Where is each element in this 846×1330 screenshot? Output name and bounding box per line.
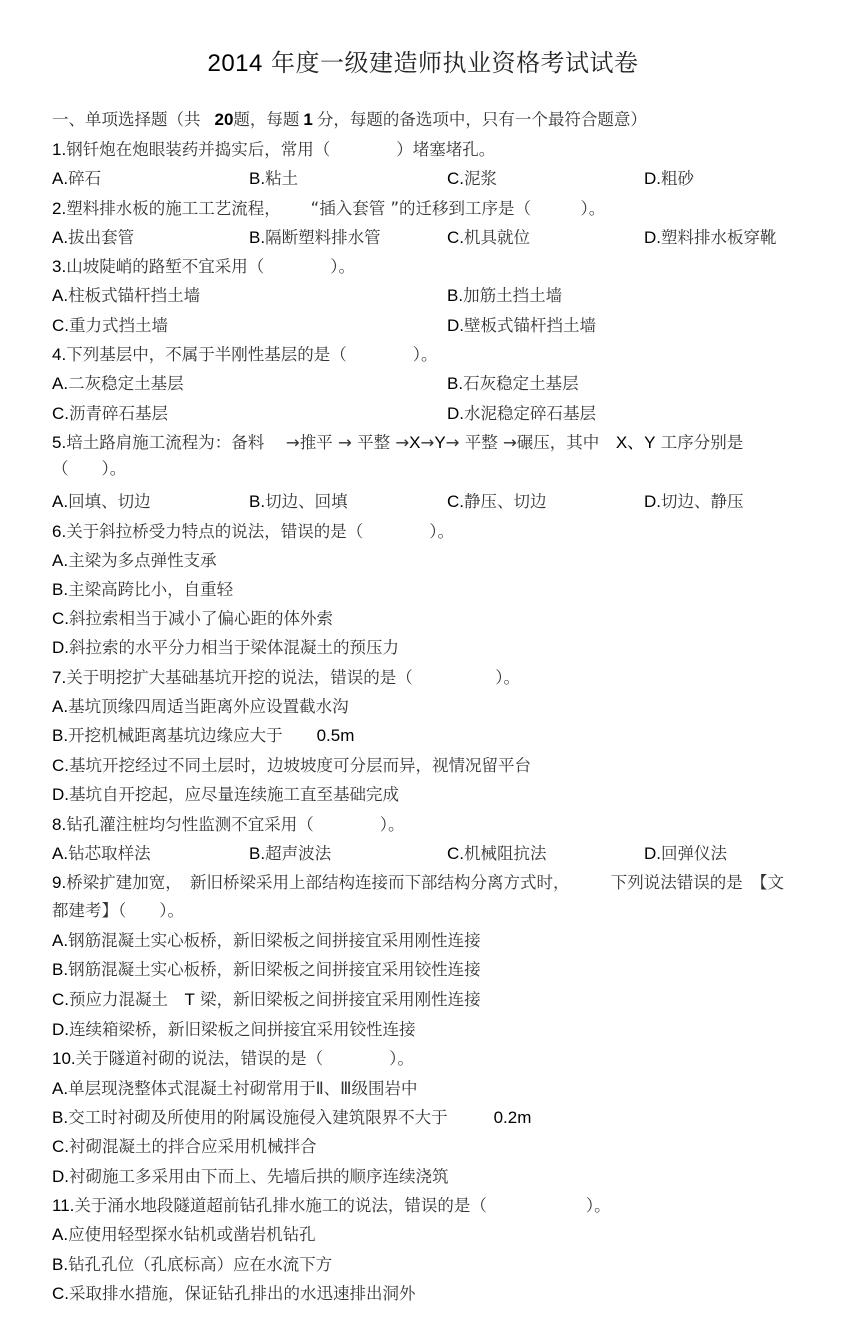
section-score: 1 (303, 110, 312, 129)
option-b[interactable]: B.超声波法 (249, 842, 331, 866)
option-text: 壁板式锚杆挡土墙 (464, 316, 596, 335)
option-b[interactable]: B.主梁高跨比小，自重轻 (52, 578, 233, 602)
option-key: B. (249, 492, 265, 511)
option-key: A. (52, 931, 68, 950)
option-text: 粘土 (265, 169, 298, 188)
question-text: 关于涌水地段隧道超前钻孔排水施工的说法，错误的是（ ）。 (74, 1196, 610, 1215)
question-text: 塑料排水板的施工工艺流程， “插入套管 ”的迁移到工序是（ ）。 (66, 199, 605, 218)
question-number: 6. (52, 522, 66, 541)
option-text: 机具就位 (464, 228, 530, 247)
option-key: D. (644, 169, 661, 188)
option-b[interactable]: B.加筋土挡土墙 (447, 284, 562, 308)
question-stem: 3.山坡陡峭的路堑不宜采用（ ）。 (52, 255, 355, 279)
option-key: D. (644, 228, 661, 247)
option-text-t: T (185, 990, 195, 1009)
option-text: 柱板式锚杆挡土墙 (68, 286, 200, 305)
option-text: 斜拉索的水平分力相当于梁体混凝土的预压力 (69, 638, 399, 657)
option-key: A. (52, 1079, 68, 1098)
question-text: 都建考】（ ）。 (52, 901, 184, 920)
section-suffix: 分，每题的备选项中，只有一个最符合题意） (317, 110, 647, 129)
option-a[interactable]: A.主梁为多点弹性支承 (52, 549, 217, 573)
option-text: 主梁高跨比小，自重轻 (68, 580, 233, 599)
option-b[interactable]: B.切边、回填 (249, 490, 348, 514)
option-text: 预应力混凝土 (69, 990, 185, 1009)
option-text: 碎石 (68, 169, 101, 188)
option-text: 加筋土挡土墙 (463, 286, 562, 305)
question-text: 培土路肩施工流程为：备料 →推平 → 平整 → (66, 433, 409, 452)
option-text: 斜拉索相当于减小了偏心距的体外索 (69, 609, 333, 628)
section-header: 一、单项选择题（共20题，每题1分，每题的备选项中，只有一个最符合题意） (52, 108, 647, 132)
option-b[interactable]: B.交工时衬砌及所使用的附属设施侵入建筑限界不大于0.2m (52, 1106, 531, 1130)
option-key: A. (52, 844, 68, 863)
option-c[interactable]: C.泥浆 (447, 167, 497, 191)
option-key: A. (52, 492, 68, 511)
question-number: 4. (52, 345, 66, 364)
option-text: 超声波法 (265, 844, 331, 863)
option-a[interactable]: A.碎石 (52, 167, 101, 191)
option-key: D. (52, 1167, 69, 1186)
option-key: B. (52, 1108, 68, 1127)
option-text: 钢筋混凝土实心板桥，新旧梁板之间拼接宜采用刚性连接 (68, 931, 481, 950)
question-stem: 11.关于涌水地段隧道超前钻孔排水施工的说法，错误的是（ ）。 (52, 1194, 611, 1218)
option-key: C. (52, 316, 69, 335)
option-d[interactable]: D.壁板式锚杆挡土墙 (447, 314, 596, 338)
page-title: 2014 年度一级建造师执业资格考试试卷 (0, 46, 846, 81)
option-key: B. (249, 844, 265, 863)
option-c[interactable]: C.机具就位 (447, 226, 530, 250)
question-text: 关于隧道衬砌的说法，错误的是（ ）。 (76, 1049, 414, 1068)
option-key: C. (52, 1137, 69, 1156)
option-text: 单层现浇整体式混凝土衬砌常用于Ⅱ、Ⅲ级围岩中 (68, 1079, 418, 1098)
question-number: 8. (52, 815, 66, 834)
option-d[interactable]: D.斜拉索的水平分力相当于梁体混凝土的预压力 (52, 636, 399, 660)
option-text: 切边、回填 (265, 492, 348, 511)
option-c[interactable]: C.沥青碎石基层 (52, 402, 168, 426)
title-text: 年度一级建造师执业资格考试试卷 (271, 49, 639, 77)
question-text: 关于斜拉桥受力特点的说法，错误的是（ ）。 (66, 522, 454, 541)
option-key: D. (52, 785, 69, 804)
option-key: A. (52, 374, 68, 393)
question-number: 5. (52, 433, 66, 452)
option-b[interactable]: B.钢筋混凝土实心板桥，新旧梁板之间拼接宜采用铰性连接 (52, 958, 481, 982)
option-text: 切边、静压 (661, 492, 744, 511)
option-c[interactable]: C.采取排水措施，保证钻孔排出的水迅速排出洞外 (52, 1282, 416, 1306)
question-stem: 10.关于隧道衬砌的说法，错误的是（ ）。 (52, 1047, 414, 1071)
option-key: A. (52, 697, 68, 716)
question-text: 工序分别是 (656, 433, 744, 452)
option-c[interactable]: C.静压、切边 (447, 490, 547, 514)
option-key: B. (447, 374, 463, 393)
option-text: 梁，新旧梁板之间拼接宜采用刚性连接 (195, 990, 481, 1009)
question-text: 下列基层中，不属于半刚性基层的是（ ）。 (66, 345, 437, 364)
option-text: 应使用轻型探水钻机或凿岩机钻孔 (68, 1225, 316, 1244)
option-c[interactable]: C.斜拉索相当于减小了偏心距的体外索 (52, 607, 333, 631)
question-stem: 1.钢钎炮在炮眼装药并捣实后，常用（ ）堵塞堵孔。 (52, 138, 495, 162)
option-text: 开挖机械距离基坑边缘应大于 (68, 726, 283, 745)
option-text: 采取排水措施，保证钻孔排出的水迅速排出洞外 (69, 1284, 416, 1303)
question-number: 1. (52, 140, 66, 159)
option-key: C. (52, 1284, 69, 1303)
question-stem: 6.关于斜拉桥受力特点的说法，错误的是（ ）。 (52, 520, 454, 544)
option-key: C. (447, 492, 464, 511)
option-key: C. (52, 404, 69, 423)
option-a[interactable]: A.钢筋混凝土实心板桥，新旧梁板之间拼接宜采用刚性连接 (52, 929, 481, 953)
option-b[interactable]: B.粘土 (249, 167, 298, 191)
option-key: D. (644, 844, 661, 863)
option-text: 基坑开挖经过不同土层时，边坡坡度可分层而异，视情况留平台 (69, 756, 531, 775)
option-b[interactable]: B.石灰稳定土基层 (447, 372, 579, 396)
option-key: A. (52, 286, 68, 305)
option-key: C. (52, 756, 69, 775)
question-text: 桥梁扩建加宽， 新旧桥梁采用上部结构连接而下部结构分离方式时， 下列说法错误的是… (66, 873, 784, 892)
option-key: D. (447, 404, 464, 423)
option-b[interactable]: B.隔断塑料排水管 (249, 226, 381, 250)
option-text: 钢筋混凝土实心板桥，新旧梁板之间拼接宜采用铰性连接 (68, 960, 481, 979)
option-key: B. (52, 1255, 68, 1274)
option-text: 拔出套管 (68, 228, 134, 247)
question-text: 钢钎炮在炮眼装药并捣实后，常用（ ）堵塞堵孔。 (66, 140, 495, 159)
option-key: B. (447, 286, 463, 305)
question-stem: 8.钻孔灌注桩均匀性监测不宜采用（ ）。 (52, 813, 404, 837)
option-key: D. (52, 638, 69, 657)
option-c[interactable]: C.机械阻抗法 (447, 842, 547, 866)
question-number: 11. (52, 1196, 74, 1215)
option-a[interactable]: A.二灰稳定土基层 (52, 372, 184, 396)
option-d[interactable]: D.粗砂 (644, 167, 694, 191)
option-c[interactable]: C.预应力混凝土 T 梁，新旧梁板之间拼接宜采用刚性连接 (52, 988, 481, 1012)
option-a[interactable]: A.钻芯取样法 (52, 842, 151, 866)
question-stem: 7.关于明挖扩大基础基坑开挖的说法，错误的是（ ）。 (52, 666, 520, 690)
option-key: D. (447, 316, 464, 335)
section-mid: 题，每题 (233, 110, 299, 129)
option-text: 钻芯取样法 (68, 844, 151, 863)
option-a[interactable]: A.拔出套管 (52, 226, 134, 250)
option-text: 重力式挡土墙 (69, 316, 168, 335)
option-text: 二灰稳定土基层 (68, 374, 184, 393)
option-key: C. (447, 844, 464, 863)
option-d[interactable]: D.塑料排水板穿靴 (644, 226, 777, 250)
option-a[interactable]: A.柱板式锚杆挡土墙 (52, 284, 200, 308)
question-stem-continued: （ ）。 (52, 457, 126, 481)
option-text: 连续箱梁桥，新旧梁板之间拼接宜采用铰性连接 (69, 1020, 416, 1039)
option-key: C. (52, 609, 69, 628)
question-text: 关于明挖扩大基础基坑开挖的说法，错误的是（ ）。 (66, 668, 520, 687)
option-text: 水泥稳定碎石基层 (464, 404, 596, 423)
question-text: 山坡陡峭的路堑不宜采用（ ）。 (66, 257, 355, 276)
option-d[interactable]: D.连续箱梁桥，新旧梁板之间拼接宜采用铰性连接 (52, 1018, 416, 1042)
option-value: 0.5m (317, 726, 355, 745)
option-key: B. (52, 960, 68, 979)
option-text: 泥浆 (464, 169, 497, 188)
option-text: 石灰稳定土基层 (463, 374, 579, 393)
option-text: 基坑自开挖起，应尽量连续施工直至基础完成 (69, 785, 399, 804)
option-text: 钻孔孔位（孔底标高）应在水流下方 (68, 1255, 332, 1274)
option-text: 交工时衬砌及所使用的附属设施侵入建筑限界不大于 (68, 1108, 448, 1127)
option-d[interactable]: D.回弹仪法 (644, 842, 727, 866)
question-text: 钻孔灌注桩均匀性监测不宜采用（ ）。 (66, 815, 404, 834)
section-prefix: 一、单项选择题（共 (52, 110, 201, 129)
arrow: → (421, 433, 435, 452)
title-year: 2014 (207, 50, 262, 77)
question-stem: 2.塑料排水板的施工工艺流程， “插入套管 ”的迁移到工序是（ ）。 (52, 197, 605, 221)
option-text: 机械阻抗法 (464, 844, 547, 863)
option-text: 静压、切边 (464, 492, 547, 511)
option-key: C. (447, 228, 464, 247)
option-a[interactable]: A.基坑顶缘四周适当距离外应设置截水沟 (52, 695, 349, 719)
question-stem: 9.桥梁扩建加宽， 新旧桥梁采用上部结构连接而下部结构分离方式时， 下列说法错误… (52, 871, 784, 895)
option-a[interactable]: A.应使用轻型探水钻机或凿岩机钻孔 (52, 1223, 316, 1247)
question-number: 7. (52, 668, 66, 687)
option-a[interactable]: A.回填、切边 (52, 490, 151, 514)
option-d[interactable]: D.基坑自开挖起，应尽量连续施工直至基础完成 (52, 783, 399, 807)
step-xy: X、Y (616, 433, 656, 452)
option-key: D. (52, 1020, 69, 1039)
option-d[interactable]: D.水泥稳定碎石基层 (447, 402, 596, 426)
question-stem: 5.培土路肩施工流程为：备料 →推平 → 平整 →X→Y→ 平整 →碾压，其中 … (52, 431, 743, 455)
option-d[interactable]: D.衬砌施工多采用由下而上、先墙后拱的顺序连续浇筑 (52, 1165, 449, 1189)
option-b[interactable]: B.钻孔孔位（孔底标高）应在水流下方 (52, 1253, 332, 1277)
option-key: B. (52, 726, 68, 745)
option-text: 回弹仪法 (661, 844, 727, 863)
option-a[interactable]: A.单层现浇整体式混凝土衬砌常用于Ⅱ、Ⅲ级围岩中 (52, 1077, 418, 1101)
option-key: A. (52, 228, 68, 247)
option-text: 塑料排水板穿靴 (661, 228, 777, 247)
step-x: X (409, 433, 420, 452)
option-key: A. (52, 551, 68, 570)
option-text: 隔断塑料排水管 (265, 228, 381, 247)
option-b[interactable]: B.开挖机械距离基坑边缘应大于0.5m (52, 724, 354, 748)
option-text: 基坑顶缘四周适当距离外应设置截水沟 (68, 697, 349, 716)
question-number: 2. (52, 199, 66, 218)
option-key: C. (447, 169, 464, 188)
option-c[interactable]: C.重力式挡土墙 (52, 314, 168, 338)
question-stem-continued: 都建考】（ ）。 (52, 899, 184, 923)
question-number: 9. (52, 873, 66, 892)
option-text: 衬砌施工多采用由下而上、先墙后拱的顺序连续浇筑 (69, 1167, 449, 1186)
option-text: 沥青碎石基层 (69, 404, 168, 423)
option-key: D. (644, 492, 661, 511)
step-y: Y (434, 433, 445, 452)
option-text: 衬砌混凝土的拌合应采用机械拌合 (69, 1137, 317, 1156)
option-text: 回填、切边 (68, 492, 151, 511)
option-key: C. (52, 990, 69, 1009)
option-value: 0.2m (494, 1108, 532, 1127)
option-key: B. (249, 228, 265, 247)
option-c[interactable]: C.基坑开挖经过不同土层时，边坡坡度可分层而异，视情况留平台 (52, 754, 531, 778)
option-text: 主梁为多点弹性支承 (68, 551, 217, 570)
question-stem: 4.下列基层中，不属于半刚性基层的是（ ）。 (52, 343, 437, 367)
option-text: 粗砂 (661, 169, 694, 188)
question-number: 3. (52, 257, 66, 276)
option-key: A. (52, 1225, 68, 1244)
question-text: （ ）。 (52, 459, 126, 478)
section-count: 20 (215, 110, 234, 129)
question-number: 10. (52, 1049, 76, 1068)
option-key: A. (52, 169, 68, 188)
option-key: B. (249, 169, 265, 188)
option-c[interactable]: C.衬砌混凝土的拌合应采用机械拌合 (52, 1135, 317, 1159)
option-key: B. (52, 580, 68, 599)
question-text: → 平整 →碾压，其中 (446, 433, 616, 452)
option-d[interactable]: D.切边、静压 (644, 490, 744, 514)
